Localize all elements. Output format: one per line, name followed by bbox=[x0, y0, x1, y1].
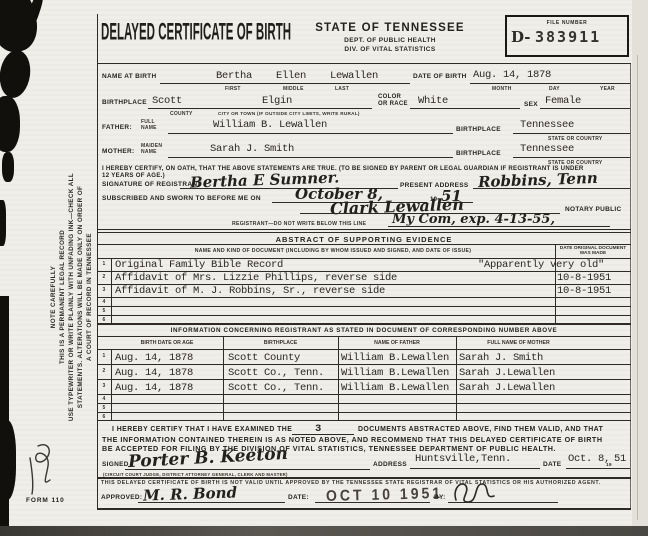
underline bbox=[160, 83, 410, 84]
state-title: STATE OF TENNESSEE bbox=[300, 22, 480, 34]
info-row-mother: Sarah J.Lewallen bbox=[459, 367, 555, 379]
underline bbox=[566, 468, 630, 469]
abstract-date-header-line2: WAS MADE bbox=[556, 251, 630, 256]
form-number: FORM 110 bbox=[26, 497, 65, 504]
sworn-label: SUBSCRIBED AND SWORN TO BEFORE ME ON bbox=[102, 195, 261, 202]
info-row-number: 5 bbox=[97, 405, 111, 411]
abstract-row-number: 3 bbox=[97, 287, 111, 293]
last-sublabel: LAST bbox=[335, 86, 349, 92]
address-label: ADDRESS bbox=[373, 461, 407, 468]
info-row-father: William B.Lewallen bbox=[341, 367, 449, 379]
middle-name-value: Ellen bbox=[276, 70, 306, 82]
abstract-section-title: ABSTRACT OF SUPPORTING EVIDENCE bbox=[97, 235, 631, 244]
rule bbox=[97, 244, 631, 245]
underline bbox=[410, 468, 540, 469]
scan-ink-blob bbox=[0, 96, 20, 152]
scan-right-margin bbox=[632, 0, 648, 536]
margin-note-line: A COURT OF RECORD IN TENNESSEE bbox=[85, 150, 94, 444]
margin-note-line: NOTE CAREFULLY bbox=[49, 150, 58, 444]
rule bbox=[97, 477, 631, 479]
rule bbox=[97, 420, 631, 421]
form-bottom-border bbox=[97, 508, 631, 510]
date-label: DATE bbox=[543, 461, 561, 468]
form-title: DELAYED CERTIFICATE OF BIRTH bbox=[101, 20, 291, 47]
info-row-birthdate: Aug. 14, 1878 bbox=[115, 367, 193, 379]
info-section-title: INFORMATION CONCERNING REGISTRANT AS STA… bbox=[97, 327, 631, 334]
county-sublabel: COUNTY bbox=[170, 111, 193, 117]
header-agency: STATE OF TENNESSEE DEPT. OF PUBLIC HEALT… bbox=[300, 22, 480, 53]
father-label: FATHER: bbox=[102, 124, 132, 131]
month-sublabel: MONTH bbox=[492, 86, 512, 92]
margin-note-line: USE TYPEWRITER OR WRITE PLAINLY WITH UNF… bbox=[67, 150, 76, 444]
abstract-doc-column-header: NAME AND KIND OF DOCUMENT (INCLUDING BY … bbox=[111, 248, 555, 254]
divider bbox=[456, 336, 457, 420]
mother-maiden-sublabel2: NAME bbox=[141, 149, 157, 155]
abstract-row-number: 1 bbox=[97, 261, 111, 267]
day-sublabel: DAY bbox=[549, 86, 560, 92]
middle-sublabel: MIDDLE bbox=[283, 86, 304, 92]
rule bbox=[97, 306, 631, 307]
underline bbox=[315, 502, 430, 503]
scan-edge-line bbox=[637, 55, 638, 520]
info-col-birthdate: BIRTH DATE OR AGE bbox=[111, 340, 223, 346]
rule bbox=[97, 379, 631, 380]
margin-note-line: STATEMENTS. ALTERATIONS WILL BE MADE ONL… bbox=[76, 150, 85, 444]
sex-value: Female bbox=[545, 95, 581, 107]
year-value: 51 bbox=[614, 453, 626, 465]
sex-label: SEX bbox=[524, 101, 538, 108]
abstract-row-document: Original Family Bible Record bbox=[115, 259, 283, 271]
certify-text-pre: I HEREBY CERTIFY THAT I HAVE EXAMINED TH… bbox=[112, 426, 292, 433]
divider bbox=[111, 349, 112, 420]
handwritten-scribble bbox=[24, 440, 66, 498]
color-or-race-label: COLOR bbox=[378, 94, 401, 100]
info-row-birthplace: Scott Co., Tenn. bbox=[228, 367, 324, 379]
info-row-father: William B.Lewallen bbox=[341, 382, 449, 394]
rule bbox=[97, 315, 631, 316]
commission-note: My Com, exp. 4-13-55, bbox=[392, 212, 555, 227]
abstract-row-date: 10-8-1951 bbox=[557, 272, 611, 284]
file-number-prefix: D- bbox=[511, 28, 531, 46]
rule bbox=[97, 349, 631, 350]
underline bbox=[125, 469, 370, 470]
abstract-row-document: Affidavit of Mrs. Lizzie Phillips, rever… bbox=[115, 272, 397, 284]
margin-note: NOTE CAREFULLY THIS IS A PERMANENT LEGAL… bbox=[49, 150, 95, 444]
underline bbox=[513, 157, 630, 158]
birthplace-label: BIRTHPLACE bbox=[102, 99, 147, 106]
underline bbox=[410, 108, 520, 109]
rule bbox=[97, 229, 631, 230]
year-sublabel: YEAR bbox=[600, 86, 615, 92]
underline bbox=[448, 502, 558, 503]
info-col-father: NAME OF FATHER bbox=[338, 340, 456, 346]
underline bbox=[168, 133, 453, 134]
abstract-row-date: "Apparently very old" bbox=[478, 259, 604, 271]
info-row-birthplace: Scott County bbox=[228, 352, 300, 364]
underline bbox=[148, 108, 372, 109]
mother-name-value: Sarah J. Smith bbox=[210, 143, 294, 155]
rule bbox=[97, 63, 631, 64]
info-row-birthplace: Scott Co., Tenn. bbox=[228, 382, 324, 394]
scan-edge-bar bbox=[0, 296, 9, 536]
father-name-value: William B. Lewallen bbox=[213, 119, 327, 131]
divider bbox=[338, 336, 339, 420]
info-row-mother: Sarah J. Smith bbox=[459, 352, 543, 364]
rule bbox=[97, 297, 631, 298]
abstract-row-document: Affidavit of M. J. Robbins, Sr., reverse… bbox=[115, 285, 385, 297]
date-of-birth-value: Aug. 14, 1878 bbox=[473, 69, 551, 81]
underline bbox=[540, 108, 630, 109]
rule bbox=[97, 232, 631, 233]
birthplace-county-value: Scott bbox=[152, 95, 182, 107]
info-row-number: 1 bbox=[97, 353, 111, 359]
abstract-row-number: 4 bbox=[97, 299, 111, 305]
last-name-value: Lewallen bbox=[330, 70, 378, 82]
scan-ink-blob bbox=[0, 48, 33, 100]
info-col-birthplace: BIRTHPLACE bbox=[223, 340, 338, 346]
divider bbox=[111, 258, 112, 323]
abstract-row-number: 5 bbox=[97, 308, 111, 314]
name-at-birth-label: NAME AT BIRTH bbox=[102, 73, 156, 80]
state-or-country-sublabel: STATE OR COUNTRY bbox=[548, 136, 602, 142]
documents-count-value: 3 bbox=[315, 423, 321, 435]
info-row-mother: Sarah J.Lewallen bbox=[459, 382, 555, 394]
date-of-birth-label: DATE OF BIRTH bbox=[413, 73, 467, 80]
underline bbox=[138, 502, 285, 503]
file-number-label: FILE NUMBER bbox=[507, 20, 627, 26]
signature-of-registrant-label: SIGNATURE OF REGISTRANT bbox=[102, 181, 202, 188]
info-row-number: 3 bbox=[97, 383, 111, 389]
address-value: Huntsville,Tenn. bbox=[415, 453, 511, 465]
scanned-birth-certificate: NOTE CAREFULLY THIS IS A PERMANENT LEGAL… bbox=[0, 0, 648, 536]
birthplace-city-value: Elgin bbox=[262, 95, 292, 107]
margin-note-line: THIS IS A PERMANENT LEGAL RECORD bbox=[58, 150, 67, 444]
info-row-birthdate: Aug. 14, 1878 bbox=[115, 352, 193, 364]
info-col-mother: FULL NAME OF MOTHER bbox=[456, 340, 581, 346]
divider bbox=[223, 336, 224, 420]
info-row-number: 4 bbox=[97, 396, 111, 402]
dept-line: DEPT. OF PUBLIC HEALTH bbox=[300, 37, 480, 44]
mother-label: MOTHER: bbox=[102, 148, 134, 155]
rule bbox=[97, 412, 631, 413]
rule bbox=[97, 323, 631, 325]
first-name-value: Bertha bbox=[216, 70, 252, 82]
scan-ink-blob bbox=[0, 200, 6, 246]
by-label: BY: bbox=[434, 494, 446, 501]
abstract-row-date: 10-8-1951 bbox=[557, 285, 611, 297]
scan-bottom-band bbox=[0, 526, 648, 536]
mother-birthplace-label: BIRTHPLACE bbox=[456, 150, 501, 157]
certify-text-post: DOCUMENTS ABSTRACTED ABOVE, FIND THEM VA… bbox=[358, 426, 603, 433]
file-number-value: 383911 bbox=[535, 28, 601, 46]
rule bbox=[97, 364, 631, 365]
signed-label: SIGNED bbox=[102, 461, 129, 468]
division-line: DIV. OF VITAL STATISTICS bbox=[300, 46, 480, 53]
father-birthplace-label: BIRTHPLACE bbox=[456, 126, 501, 133]
abstract-row-number: 2 bbox=[97, 274, 111, 280]
underline bbox=[473, 188, 630, 189]
rule bbox=[97, 394, 631, 395]
first-sublabel: FIRST bbox=[225, 86, 241, 92]
color-or-race-label2: OR RACE bbox=[378, 101, 408, 107]
certify-text-line2: THE INFORMATION CONTAINED THEREIN IS AS … bbox=[102, 435, 603, 444]
scan-ink-blob bbox=[2, 152, 14, 182]
form-right-border bbox=[630, 63, 631, 510]
rule bbox=[97, 336, 631, 337]
underline bbox=[168, 157, 453, 158]
father-birthplace-value: Tennessee bbox=[520, 119, 574, 131]
scan-ink-blob bbox=[0, 420, 16, 500]
rule bbox=[97, 403, 631, 404]
date-value: Oct. 8, bbox=[568, 453, 610, 465]
underline bbox=[513, 133, 630, 134]
abstract-date-column-header: DATE ORIGINAL DOCUMENT WAS MADE bbox=[556, 246, 630, 256]
file-number-box: FILE NUMBER D- 383911 bbox=[505, 15, 629, 57]
mother-birthplace-value: Tennessee bbox=[520, 143, 574, 155]
race-value: White bbox=[418, 95, 448, 107]
info-row-number: 2 bbox=[97, 368, 111, 374]
approval-date-label: DATE: bbox=[288, 494, 309, 501]
underline bbox=[388, 226, 610, 227]
info-row-father: William B.Lewallen bbox=[341, 352, 449, 364]
city-sublabel: CITY OR TOWN (IF OUTSIDE CITY LIMITS, WR… bbox=[218, 111, 360, 116]
notary-public-label: NOTARY PUBLIC bbox=[565, 206, 622, 213]
do-not-write-label: REGISTRANT—DO NOT WRITE BELOW THIS LINE bbox=[232, 221, 366, 227]
underline bbox=[470, 83, 630, 84]
info-row-birthdate: Aug. 14, 1878 bbox=[115, 382, 193, 394]
approved-label: APPROVED: bbox=[101, 494, 142, 501]
father-fullname-sublabel2: NAME bbox=[141, 125, 157, 131]
oath-text-line2: 12 YEARS OF AGE.) bbox=[102, 172, 165, 179]
